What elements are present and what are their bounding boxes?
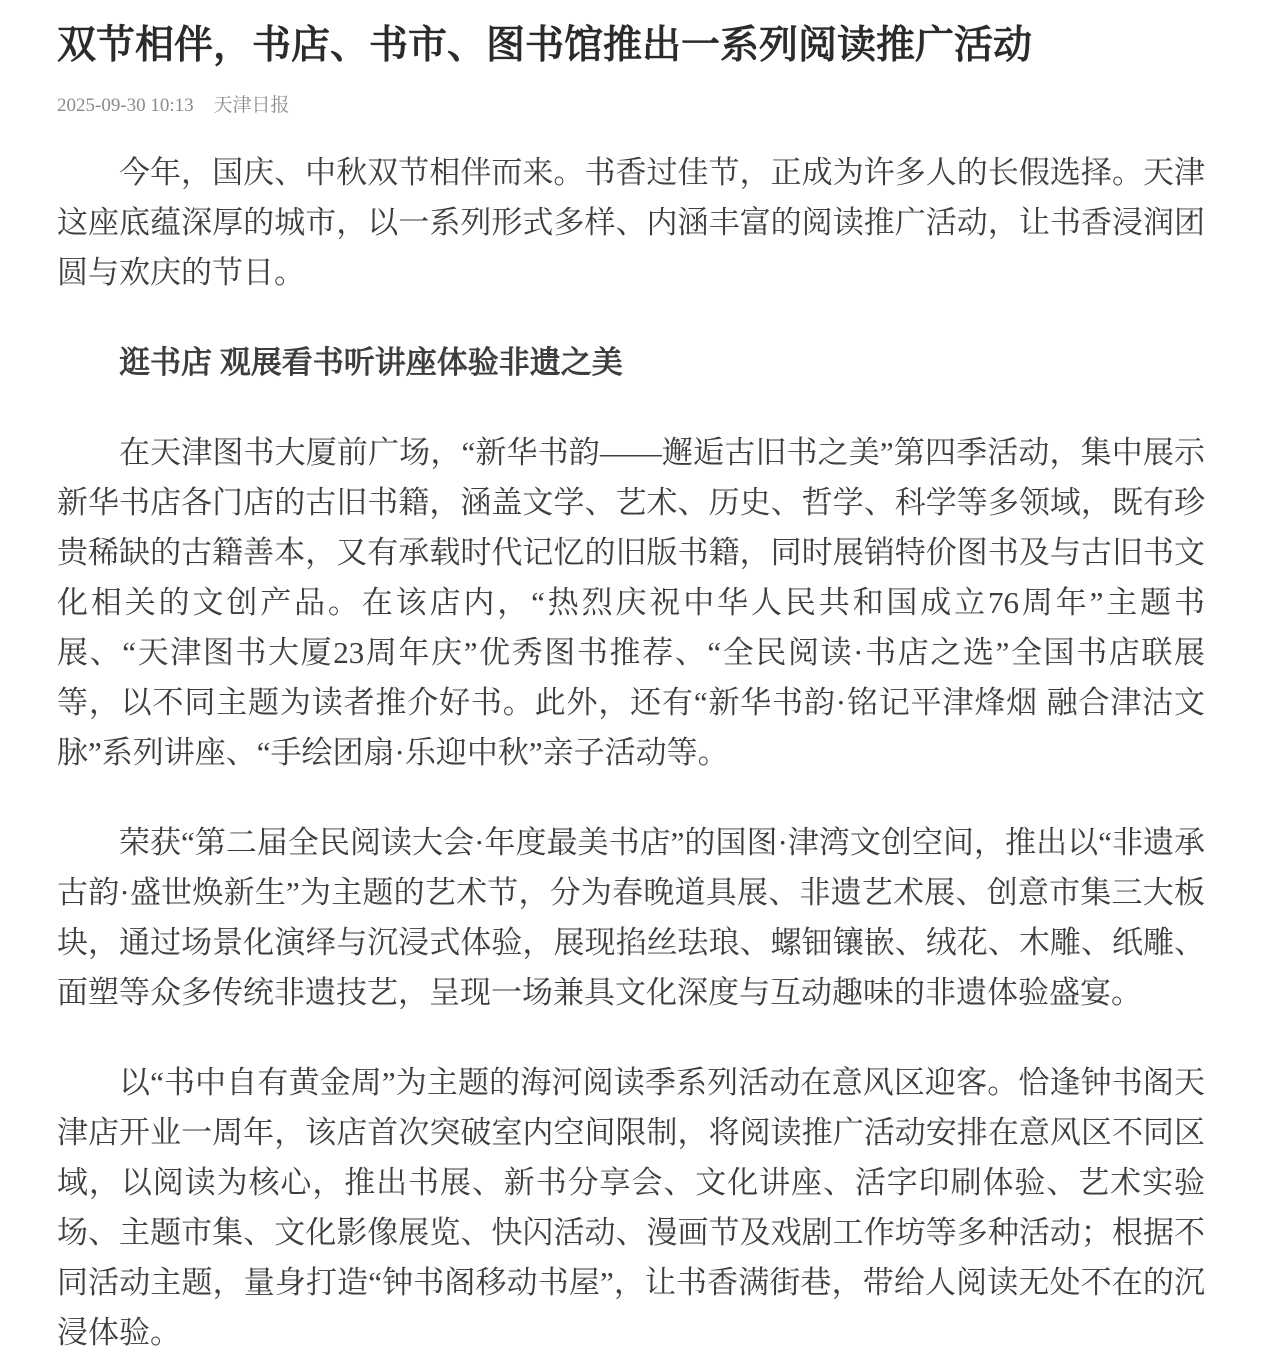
paragraph: 荣获“第二届全民阅读大会·年度最美书店”的国图·津湾文创空间，推出以“非遗承古韵…	[57, 818, 1205, 1018]
section-heading: 逛书店 观展看书听讲座体验非遗之美	[57, 338, 1205, 388]
paragraph: 在天津图书大厦前广场，“新华书韵——邂逅古旧书之美”第四季活动，集中展示新华书店…	[57, 428, 1205, 778]
article-title: 双节相伴，书店、书市、图书馆推出一系列阅读推广活动	[57, 22, 1205, 69]
article-body: 今年，国庆、中秋双节相伴而来。书香过佳节，正成为许多人的长假选择。天津这座底蕴深…	[57, 148, 1205, 1358]
article-meta: 2025-09-30 10:13 天津日报	[57, 93, 1205, 119]
source-name: 天津日报	[213, 95, 289, 116]
publish-datetime: 2025-09-30 10:13	[57, 95, 194, 116]
paragraph: 今年，国庆、中秋双节相伴而来。书香过佳节，正成为许多人的长假选择。天津这座底蕴深…	[57, 148, 1205, 298]
article: 双节相伴，书店、书市、图书馆推出一系列阅读推广活动 2025-09-30 10:…	[57, 0, 1205, 1358]
paragraph: 以“书中自有黄金周”为主题的海河阅读季系列活动在意风区迎客。恰逢钟书阁天津店开业…	[57, 1058, 1205, 1358]
